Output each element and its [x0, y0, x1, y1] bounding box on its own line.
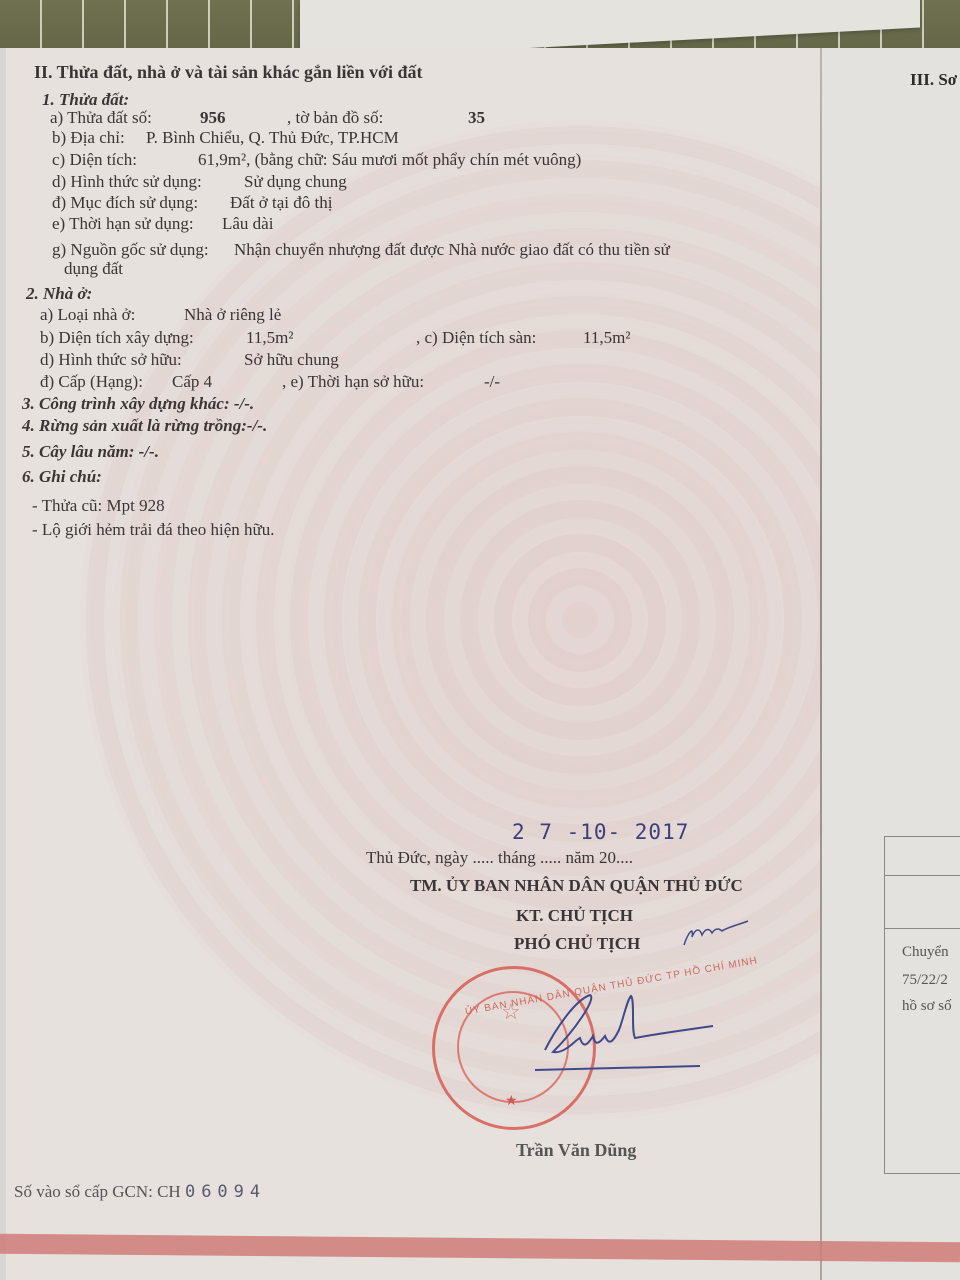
- date-stamp: 2 7 -10- 2017: [512, 820, 689, 844]
- right-page-text: 75/22/2: [902, 972, 948, 989]
- signer-role-2: PHÓ CHỦ TỊCH: [514, 934, 640, 954]
- origin-label: g) Nguồn gốc sử dụng:: [52, 240, 209, 260]
- table-divider: [884, 875, 960, 876]
- star-icon: ☆: [501, 999, 521, 1025]
- perennial-trees: 5. Cây lâu năm: -/-.: [22, 442, 159, 462]
- parcel-number: 956: [200, 108, 226, 128]
- own-term-value: -/-: [484, 372, 500, 392]
- parcel-label: a) Thửa đất số:: [50, 108, 152, 128]
- term-value: Lâu dài: [222, 214, 273, 234]
- house-type-label: a) Loại nhà ở:: [40, 305, 135, 325]
- signer-name: Trần Văn Dũng: [516, 1140, 636, 1161]
- purpose-label: đ) Mục đích sử dụng:: [52, 193, 198, 213]
- ownership-value: Sở hữu chung: [244, 350, 339, 370]
- initial-signature: [680, 915, 750, 950]
- build-area-label: b) Diện tích xây dựng:: [40, 328, 194, 348]
- grade-value: Cấp 4: [172, 372, 212, 392]
- notes-heading: 6. Ghi chú:: [22, 467, 102, 487]
- right-page-text: hồ sơ số: [902, 998, 952, 1015]
- other-construction: 3. Công trình xây dựng khác: -/-.: [22, 394, 254, 414]
- section-3-title: III. Sơ: [910, 70, 957, 90]
- term-label: e) Thời hạn sử dụng:: [52, 214, 194, 234]
- section-title: II. Thửa đất, nhà ở và tài sản khác gắn …: [34, 62, 423, 83]
- map-label: , tờ bản đồ số:: [287, 108, 383, 128]
- production-forest: 4. Rừng sản xuất là rừng trồng:-/-.: [22, 416, 267, 436]
- paper-edge: [0, 48, 6, 1280]
- note-item: - Lộ giới hẻm trải đá theo hiện hữu.: [32, 520, 274, 540]
- grade-label: đ) Cấp (Hạng):: [40, 372, 143, 392]
- ownership-label: d) Hình thức sở hữu:: [40, 350, 182, 370]
- floor-area-label: , c) Diện tích sàn:: [416, 328, 536, 348]
- map-number: 35: [468, 108, 485, 128]
- certificate-label: Số vào sổ cấp GCN: CH: [14, 1182, 181, 1201]
- note-item: - Thửa cũ: Mpt 928: [32, 496, 165, 516]
- address-label: b) Địa chỉ:: [52, 128, 125, 148]
- place-date: Thủ Đức, ngày ..... tháng ..... năm 20..…: [366, 848, 633, 868]
- build-area-value: 11,5m²: [246, 328, 293, 348]
- origin-value: Nhận chuyển nhượng đất được Nhà nước gia…: [234, 240, 670, 260]
- certificate-number: 06094: [185, 1182, 266, 1202]
- floor-area-value: 11,5m²: [583, 328, 630, 348]
- handwritten-signature: [535, 990, 715, 1080]
- origin-value-cont: dụng đất: [64, 259, 123, 279]
- table-divider: [884, 928, 960, 929]
- area-value: 61,9m², (bằng chữ: Sáu mươi mốt phẩy chí…: [198, 150, 581, 170]
- address-value: P. Bình Chiểu, Q. Thủ Đức, TP.HCM: [146, 128, 399, 148]
- land-heading: 1. Thửa đất:: [42, 90, 129, 110]
- house-heading: 2. Nhà ở:: [26, 284, 92, 304]
- own-term-label: , e) Thời hạn sở hữu:: [282, 372, 424, 392]
- star-icon: ★: [505, 1093, 518, 1110]
- page-fold: [820, 48, 822, 1280]
- signer-role-1: KT. CHỦ TỊCH: [516, 906, 633, 926]
- certificate-number-row: Số vào sổ cấp GCN: CH 06094: [14, 1182, 266, 1202]
- use-form-label: d) Hình thức sử dụng:: [52, 172, 202, 192]
- issuing-authority: TM. ỦY BAN NHÂN DÂN QUẬN THỦ ĐỨC: [410, 876, 743, 896]
- use-form-value: Sử dụng chung: [244, 172, 347, 192]
- purpose-value: Đất ở tại đô thị: [230, 193, 332, 213]
- house-type-value: Nhà ở riêng lẻ: [184, 305, 281, 325]
- right-page-text: Chuyển: [902, 944, 949, 961]
- area-label: c) Diện tích:: [52, 150, 137, 170]
